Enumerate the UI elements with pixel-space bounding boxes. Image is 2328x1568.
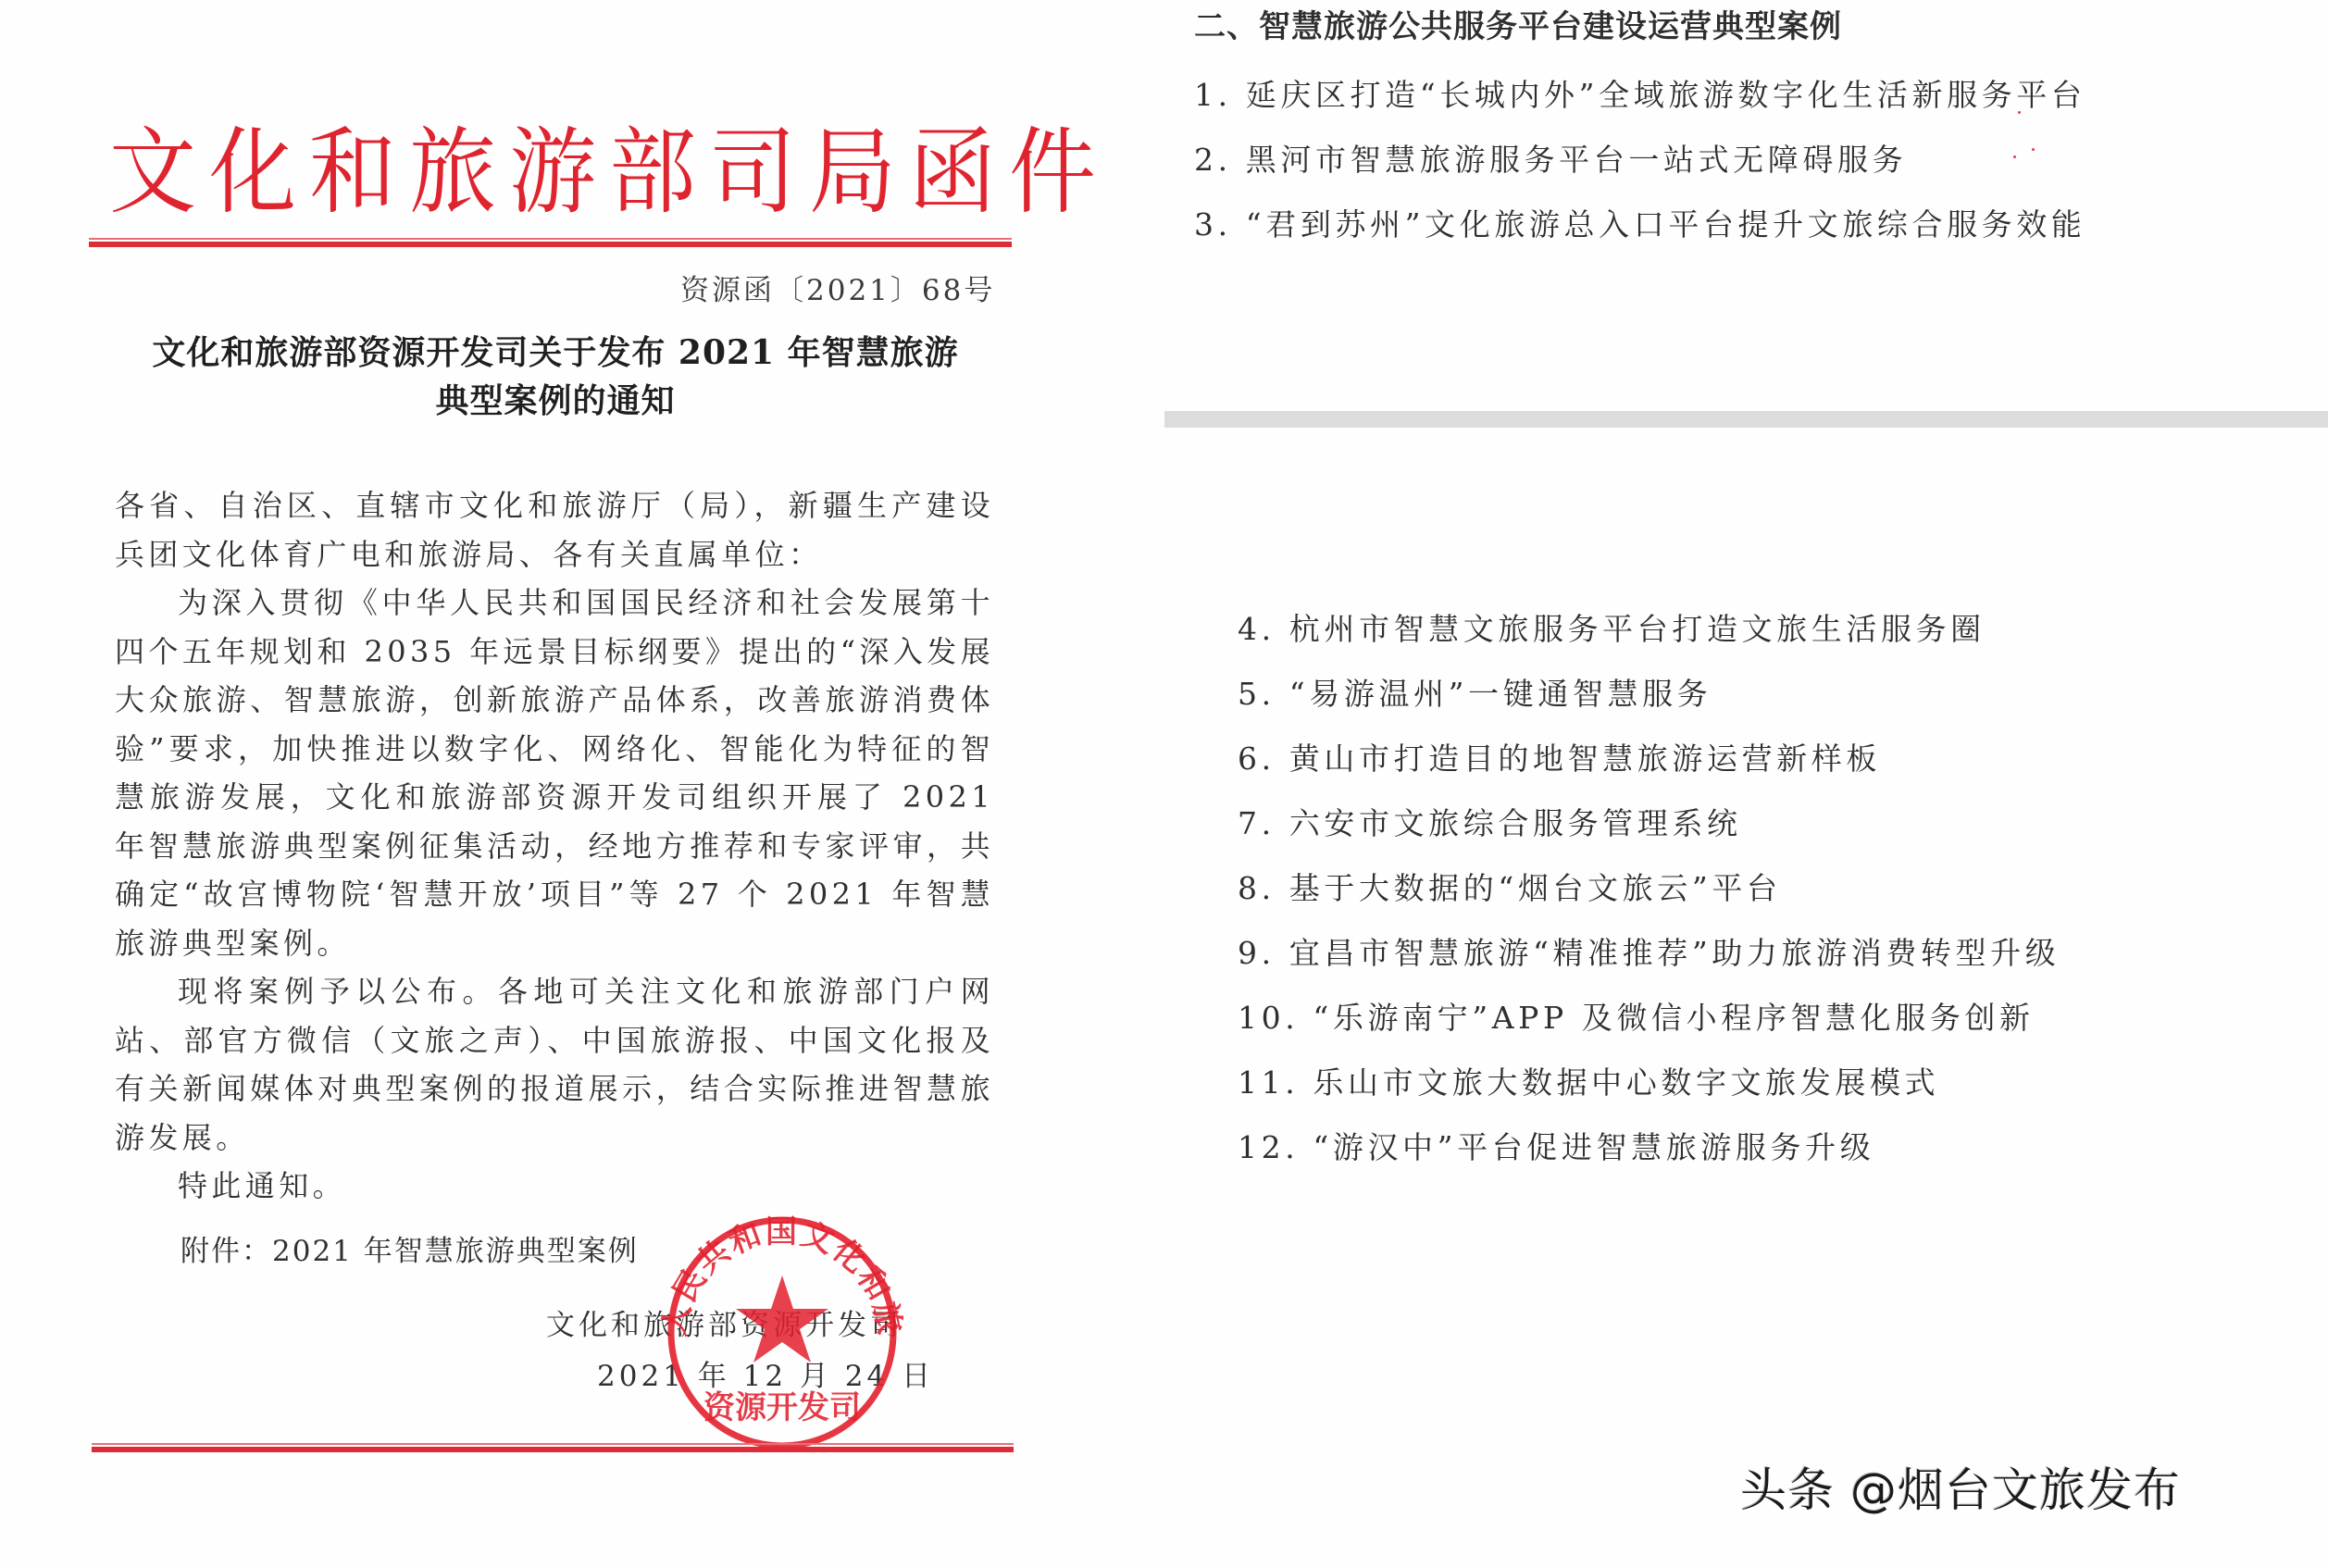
case-item: 7. 六安市文旅综合服务管理系统 xyxy=(1238,791,2060,856)
stamp-residue-speck xyxy=(2013,156,2016,158)
signature-organization: 文化和旅游部资源开发司 xyxy=(546,1305,903,1346)
signature-date: 2021 年 12 月 24 日 xyxy=(597,1356,934,1397)
case-item: 5. “易游温州”一键通智慧服务 xyxy=(1238,662,2060,727)
page-separator-band xyxy=(1164,411,2328,428)
stamp-residue-speck xyxy=(2018,111,2021,114)
salutation: 各省、自治区、直辖市文化和旅游厅（局），新疆生产建设兵团文化体育广电和旅游局、各… xyxy=(115,481,994,579)
case-item: 9. 宜昌市智慧旅游“精准推荐”助力旅游消费转型升级 xyxy=(1238,921,2060,986)
case-item: 10. “乐游南宁”APP 及微信小程序智慧化服务创新 xyxy=(1238,986,2060,1051)
document-title-line-2: 典型案例的通知 xyxy=(93,377,1018,425)
rule-thick-line xyxy=(89,242,1012,247)
case-item: 12. “游汉中”平台促进智慧旅游服务升级 xyxy=(1238,1115,2060,1180)
body-paragraph-1: 为深入贯彻《中华人民共和国国民经济和社会发展第十四个五年规划和 2035 年远景… xyxy=(115,579,994,967)
case-item: 11. 乐山市文旅大数据中心数字文旅发展模式 xyxy=(1238,1051,2060,1115)
case-item: 1. 延庆区打造“长城内外”全域旅游数字化生活新服务平台 xyxy=(1194,63,2086,128)
rule-thin-line xyxy=(89,238,1012,240)
rule-thin-line xyxy=(92,1443,1014,1445)
source-watermark: 头条 @烟台文旅发布 xyxy=(1740,1462,2181,1518)
case-item: 2. 黑河市智慧旅游服务平台一站式无障碍服务 xyxy=(1194,128,2086,193)
document-title-line-1: 文化和旅游部资源开发司关于发布 2021 年智慧旅游 xyxy=(93,329,1018,377)
case-item: 6. 黄山市打造目的地智慧旅游运营新样板 xyxy=(1238,727,2060,791)
case-item: 3. “君到苏州”文化旅游总入口平台提升文旅综合服务效能 xyxy=(1194,193,2086,257)
stamp-residue-speck xyxy=(2032,148,2035,151)
document-title: 文化和旅游部资源开发司关于发布 2021 年智慧旅游 典型案例的通知 xyxy=(93,329,1018,425)
letter-page: 文化和旅游部司局函件 资源函〔2021〕68号 文化和旅游部资源开发司关于发布 … xyxy=(0,0,1157,1568)
attachment-note: 附件：2021 年智慧旅游典型案例 xyxy=(181,1231,639,1272)
rule-thick-line xyxy=(92,1447,1014,1452)
document-number: 资源函〔2021〕68号 xyxy=(680,270,995,311)
section-heading: 二、智慧旅游公共服务平台建设运营典型案例 xyxy=(1194,5,1842,49)
letterhead-title: 文化和旅游部司局函件 xyxy=(109,118,998,229)
case-list-bottom: 4. 杭州市智慧文旅服务平台打造文旅生活服务圈 5. “易游温州”一键通智慧服务… xyxy=(1238,597,2060,1180)
body-paragraph-2: 现将案例予以公布。各地可关注文化和旅游部门户网站、部官方微信（文旅之声）、中国旅… xyxy=(115,967,994,1162)
footer-red-rule xyxy=(92,1443,1014,1452)
letter-body: 各省、自治区、直辖市文化和旅游厅（局），新疆生产建设兵团文化体育广电和旅游局、各… xyxy=(115,481,994,1211)
case-item: 4. 杭州市智慧文旅服务平台打造文旅生活服务圈 xyxy=(1238,597,2060,662)
case-list-top: 1. 延庆区打造“长城内外”全域旅游数字化生活新服务平台 2. 黑河市智慧旅游服… xyxy=(1194,63,2086,257)
header-red-rule xyxy=(89,238,1012,247)
closing-line: 特此通知。 xyxy=(115,1162,994,1211)
case-item: 8. 基于大数据的“烟台文旅云”平台 xyxy=(1238,856,2060,921)
